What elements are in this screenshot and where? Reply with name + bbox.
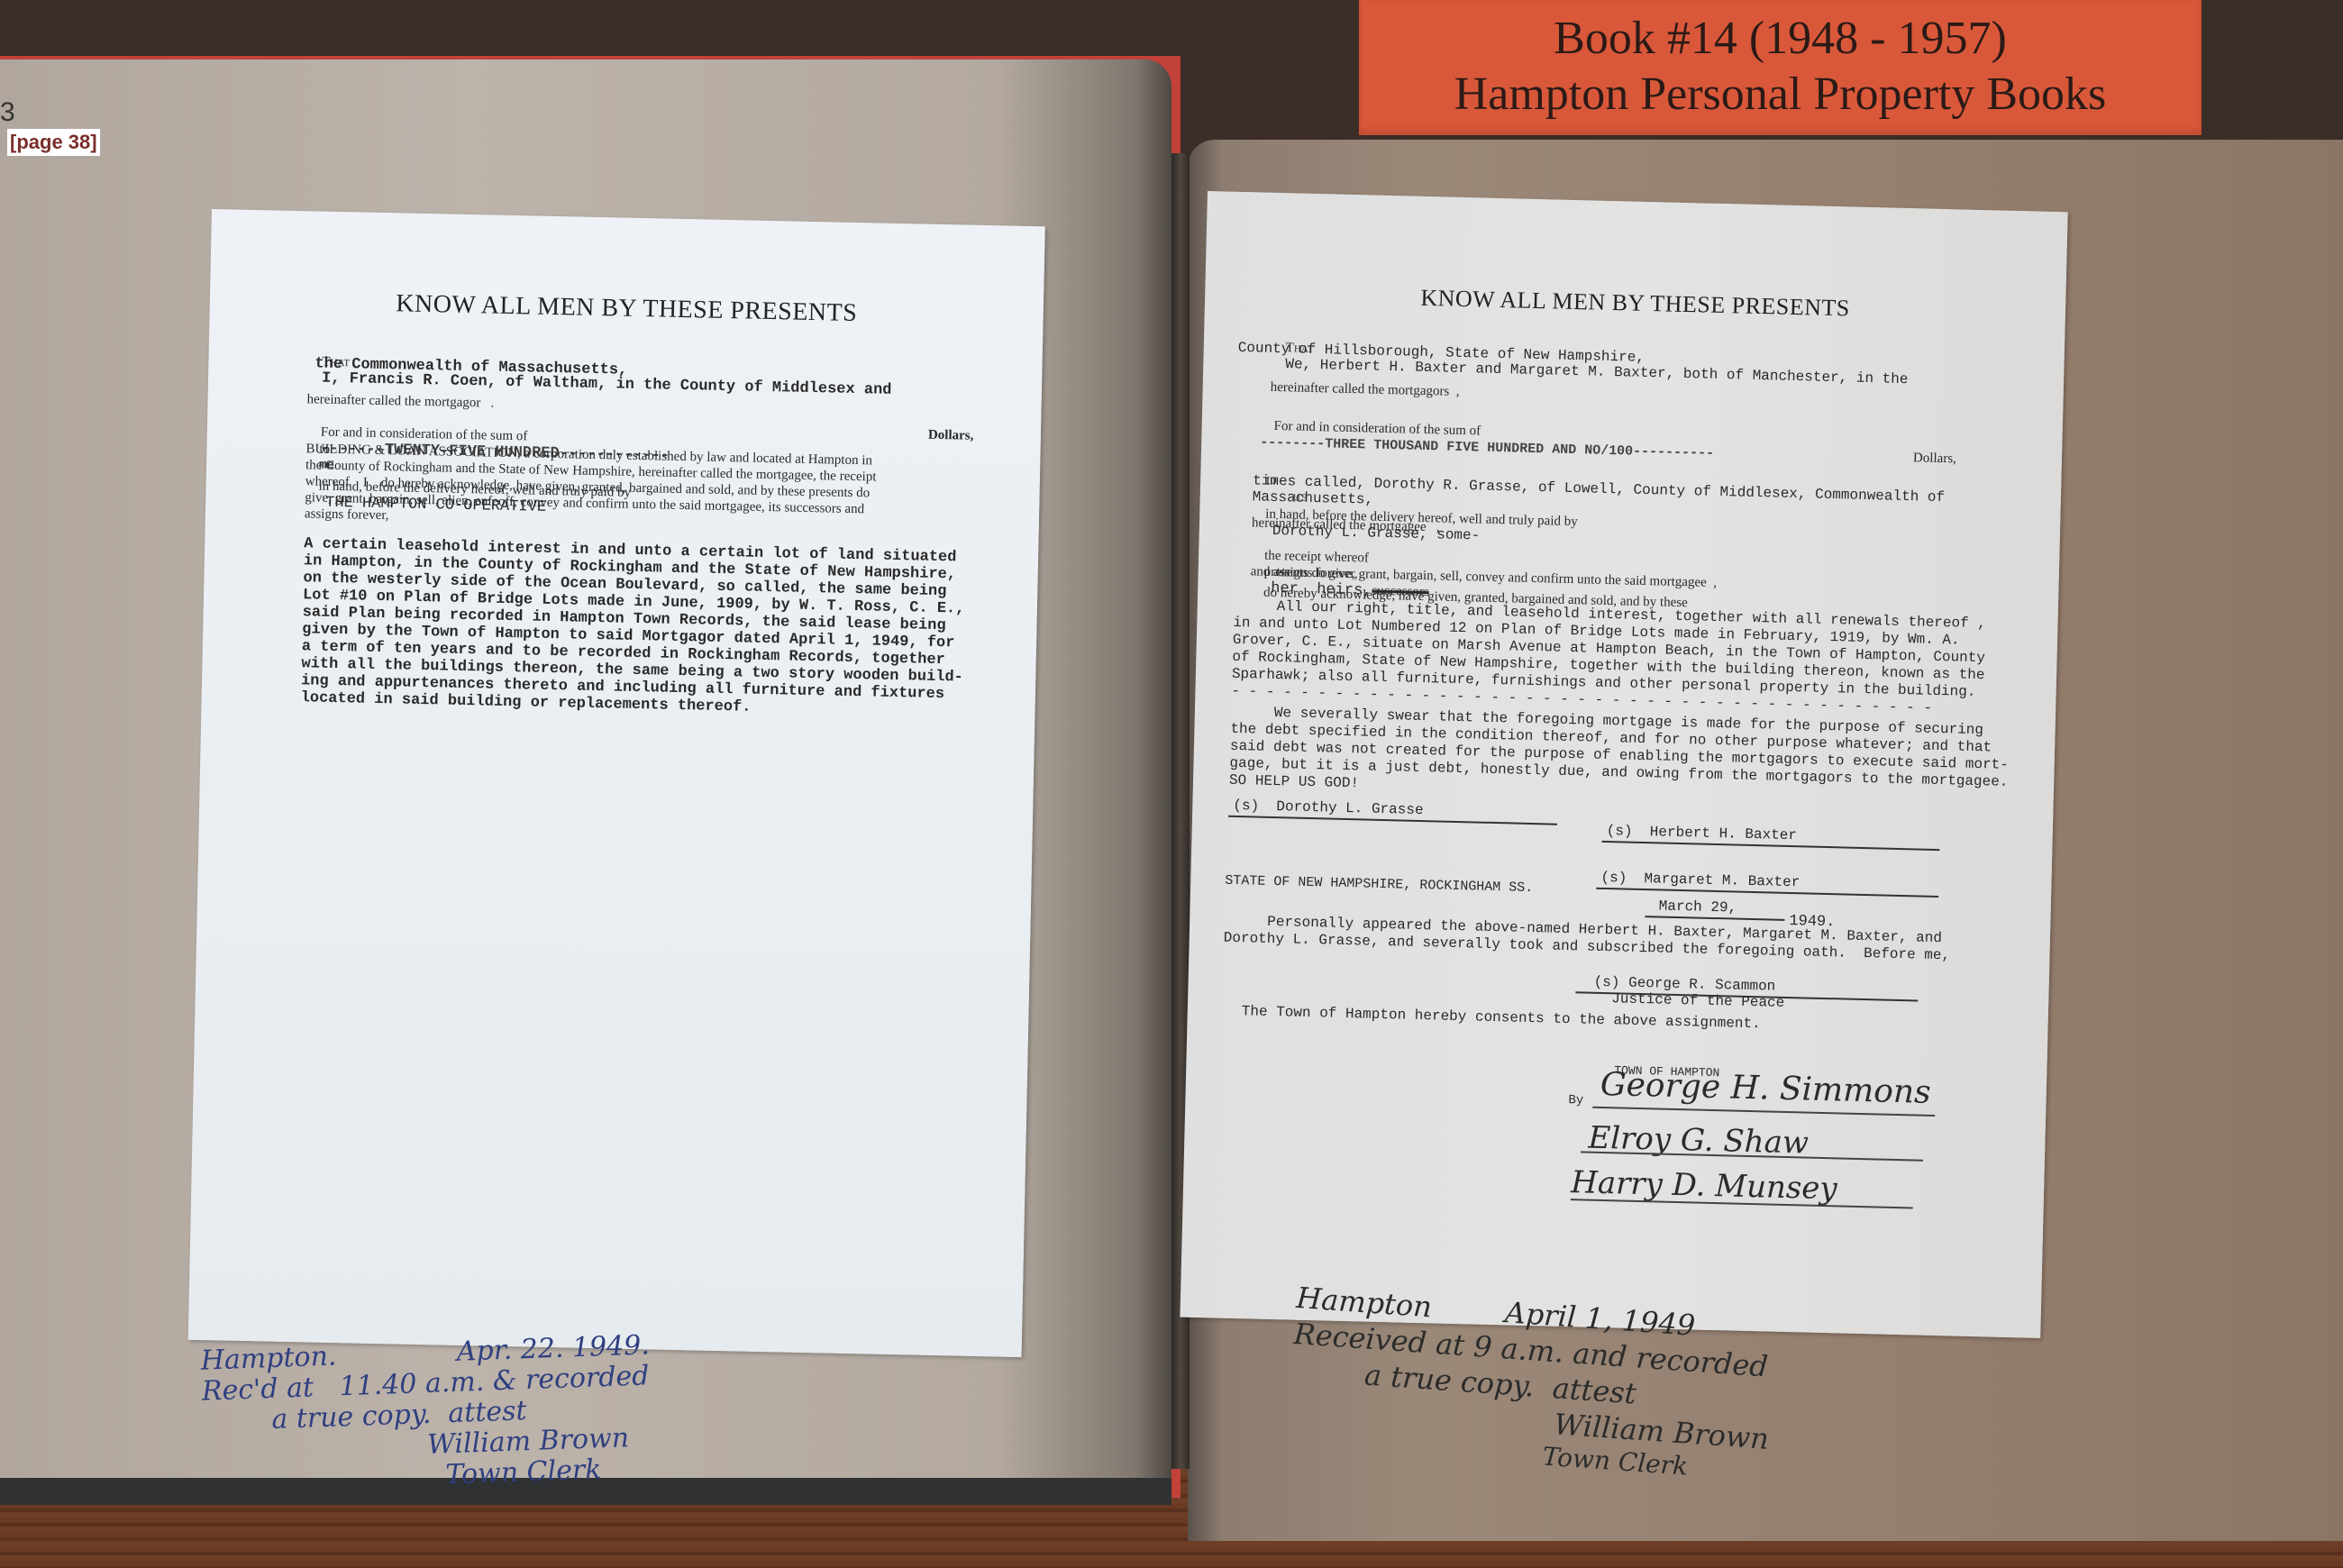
page-tag: [page 38] [7,129,100,156]
book-label-subtitle: Hampton Personal Property Books [1359,67,2202,123]
right-heirs-text: her heirs, [1271,580,1372,600]
book-label-card: Book #14 (1948 - 1957) Hampton Personal … [1359,0,2202,135]
left-mortgage-document: KNOW ALL MEN BY THESE PRESENTS That I, F… [188,209,1045,1357]
left-property-description: A certain leasehold interest in and unto… [300,535,965,720]
right-heirs-struck: successors [1372,584,1429,600]
right-recording-annotation: Hampton April 1, 1949 Received at 9 a.m.… [1285,1280,1777,1488]
book-label-title: Book #14 (1948 - 1957) [1359,11,2202,67]
justice-title: Justice of the Peace [1611,990,1784,1012]
page-number-fragment: 3 [0,97,15,128]
notary-venue: STATE OF NEW HAMPSHIRE, ROCKINGHAM SS. [1225,872,1533,897]
notary-date: March 29, [1659,898,1737,916]
right-doc-heading: KNOW ALL MEN BY THESE PRESENTS [1205,279,2065,327]
by-label: By [1568,1092,1583,1109]
left-recording-annotation: Hampton. Apr. 22. 1949. Rec'd at 11.40 a… [200,1330,654,1499]
right-assigns-line: and assigns forever, [1250,563,1357,582]
right-dollars-label: Dollars, [1913,450,1956,467]
right-property-description: All our right, title, and leasehold inte… [1231,597,1986,718]
right-mortgagee-line-2: Massachusetts, [1252,488,1373,508]
selectman-signature-1: George H. Simmons [1600,1066,1931,1111]
left-doc-heading: KNOW ALL MEN BY THESE PRESENTS [210,286,1044,332]
left-body-text: BUILDING & LOAN ASSOCIATION, a corporati… [305,441,877,533]
left-dollars-label: Dollars, [928,427,974,444]
right-mortgagor-line: hereinafter called the mortgagors , [1270,379,1459,400]
right-oath-text: We severally swear that the foregoing mo… [1229,704,2010,808]
right-mortgage-document: KNOW ALL MEN BY THESE PRESENTS That We, … [1180,191,2067,1338]
acknowledgment-text: Personally appeared the above-named Herb… [1224,913,1951,965]
